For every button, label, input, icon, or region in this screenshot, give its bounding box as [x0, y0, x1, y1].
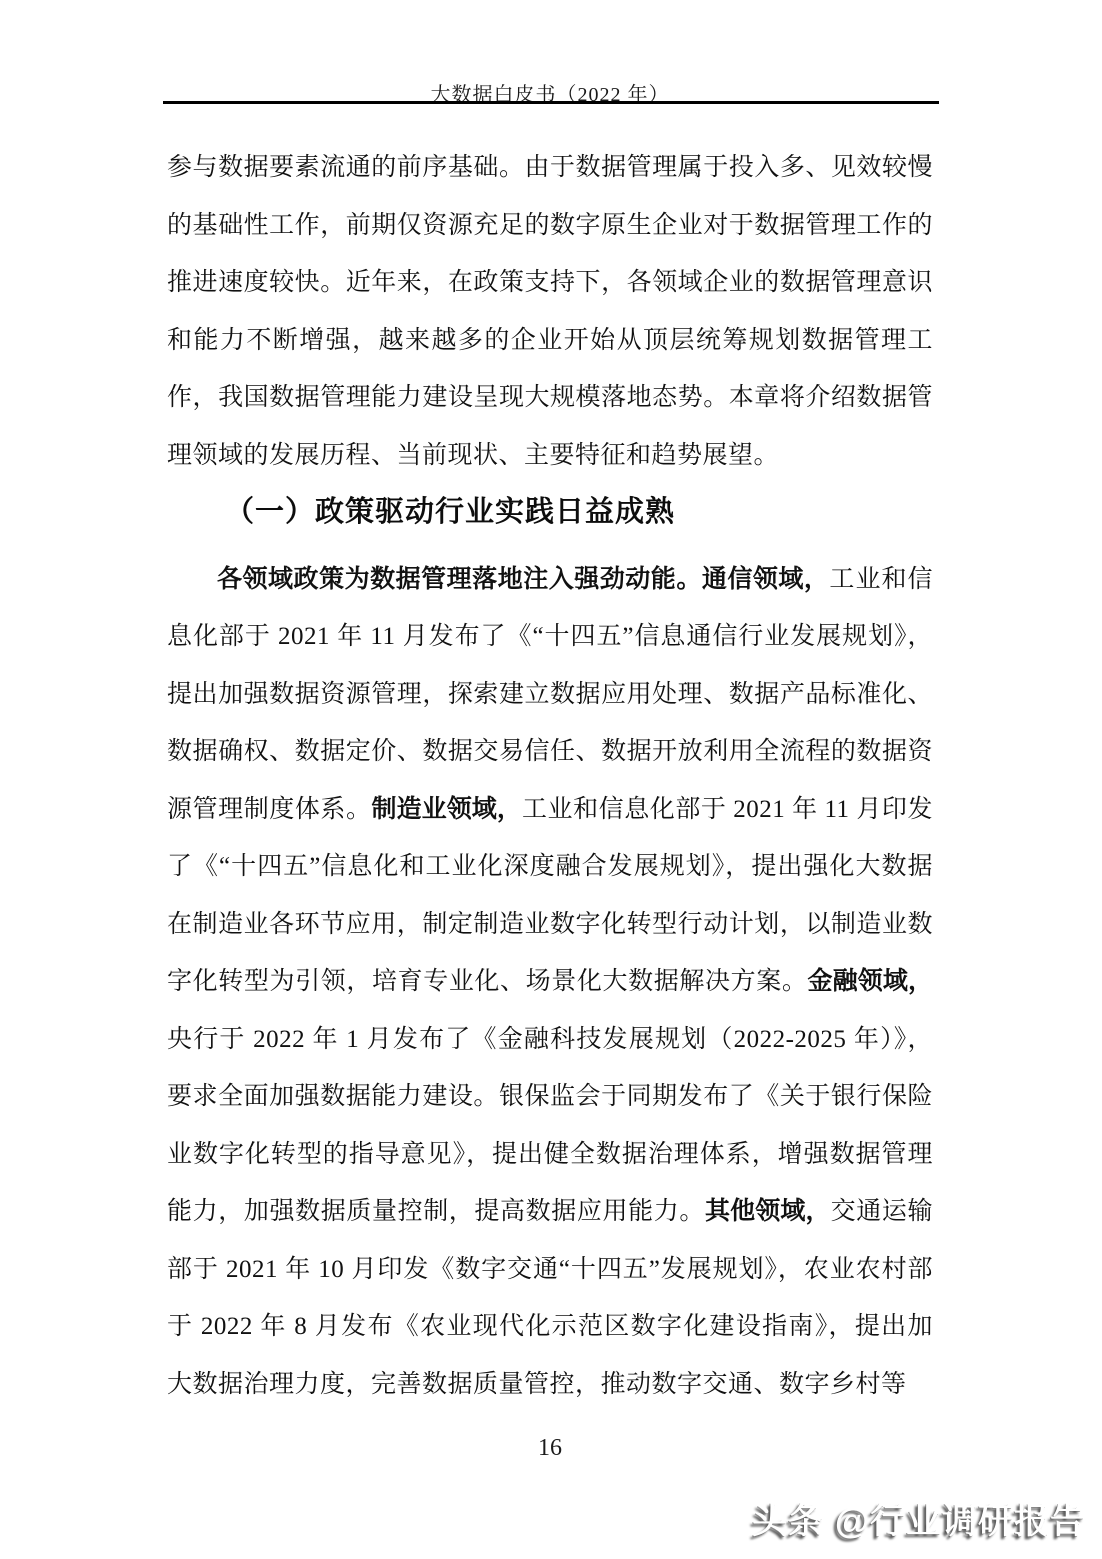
text-run: 工业和信息化部于 2021 年 11 月发布了《“十四五”信息通信行业发展规划》… [167, 566, 933, 823]
body-paragraph-1: 参与数据要素流通的前序基础。由于数据管理属于投入多、见效较慢的基础性工作，前期仅… [167, 139, 933, 484]
document-page: 大数据白皮书（2022 年） 参与数据要素流通的前序基础。由于数据管理属于投入多… [0, 0, 1102, 1559]
text-run: 央行于 2022 年 1 月发布了《金融科技发展规划（2022-2025 年）》… [167, 1026, 933, 1226]
emphasis-run: 其他领域， [705, 1197, 831, 1225]
text-run: 交通运输部于 2021 年 10 月印发《数字交通“十四五”发展规划》，农业农村… [167, 1198, 933, 1398]
watermark-text: 头条 @行业调研报告 [752, 1494, 1086, 1544]
header-rule [163, 101, 939, 104]
page-number: 16 [167, 1435, 933, 1462]
emphasis-run: 各领域政策为数据管理落地注入强劲动能。通信领域， [217, 565, 829, 593]
body-paragraph-2: 各领域政策为数据管理落地注入强劲动能。通信领域，工业和信息化部于 2021 年 … [167, 551, 933, 1414]
emphasis-run: 制造业领域， [372, 795, 522, 823]
section-heading: （一）政策驱动行业实践日益成熟 [167, 484, 933, 542]
page-body: 参与数据要素流通的前序基础。由于数据管理属于投入多、见效较慢的基础性工作，前期仅… [167, 139, 933, 1413]
emphasis-run: 金融领域， [808, 967, 933, 995]
text-run: 工业和信息化部于 2021 年 11 月印发了《“十四五”信息化和工业化深度融合… [167, 796, 933, 996]
